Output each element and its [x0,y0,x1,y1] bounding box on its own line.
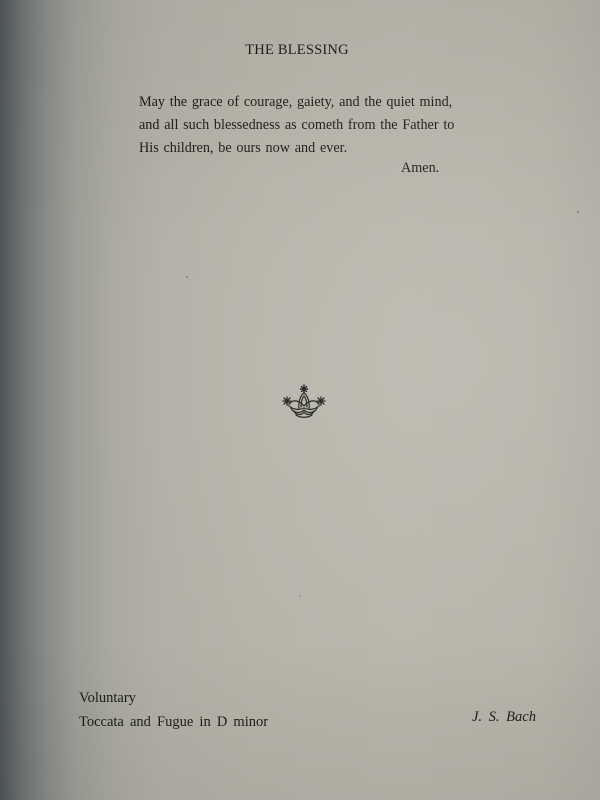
composer-name: J. S. Bach [472,709,536,726]
page-title: THE BLESSING [0,42,600,59]
paper-speck [299,595,301,597]
paper-speck [577,211,579,213]
prayer-line: His children, be ours now and ever. [139,137,469,160]
prayer-line: and all such blessedness as cometh from … [139,114,469,137]
title-text: THE BLESSING [245,42,349,58]
paper-speck [186,276,188,278]
music-piece-title: Toccata and Fugue in D minor [79,714,268,731]
printed-page: THE BLESSING May the grace of courage, g… [0,0,600,800]
prayer-line: May the grace of courage, gaiety, and th… [139,91,469,114]
celtic-knot-crown-ornament-icon [278,382,330,420]
voluntary-label: Voluntary [79,690,136,707]
prayer-closing: Amen. [401,160,439,177]
blessing-prayer: May the grace of courage, gaiety, and th… [139,91,469,160]
